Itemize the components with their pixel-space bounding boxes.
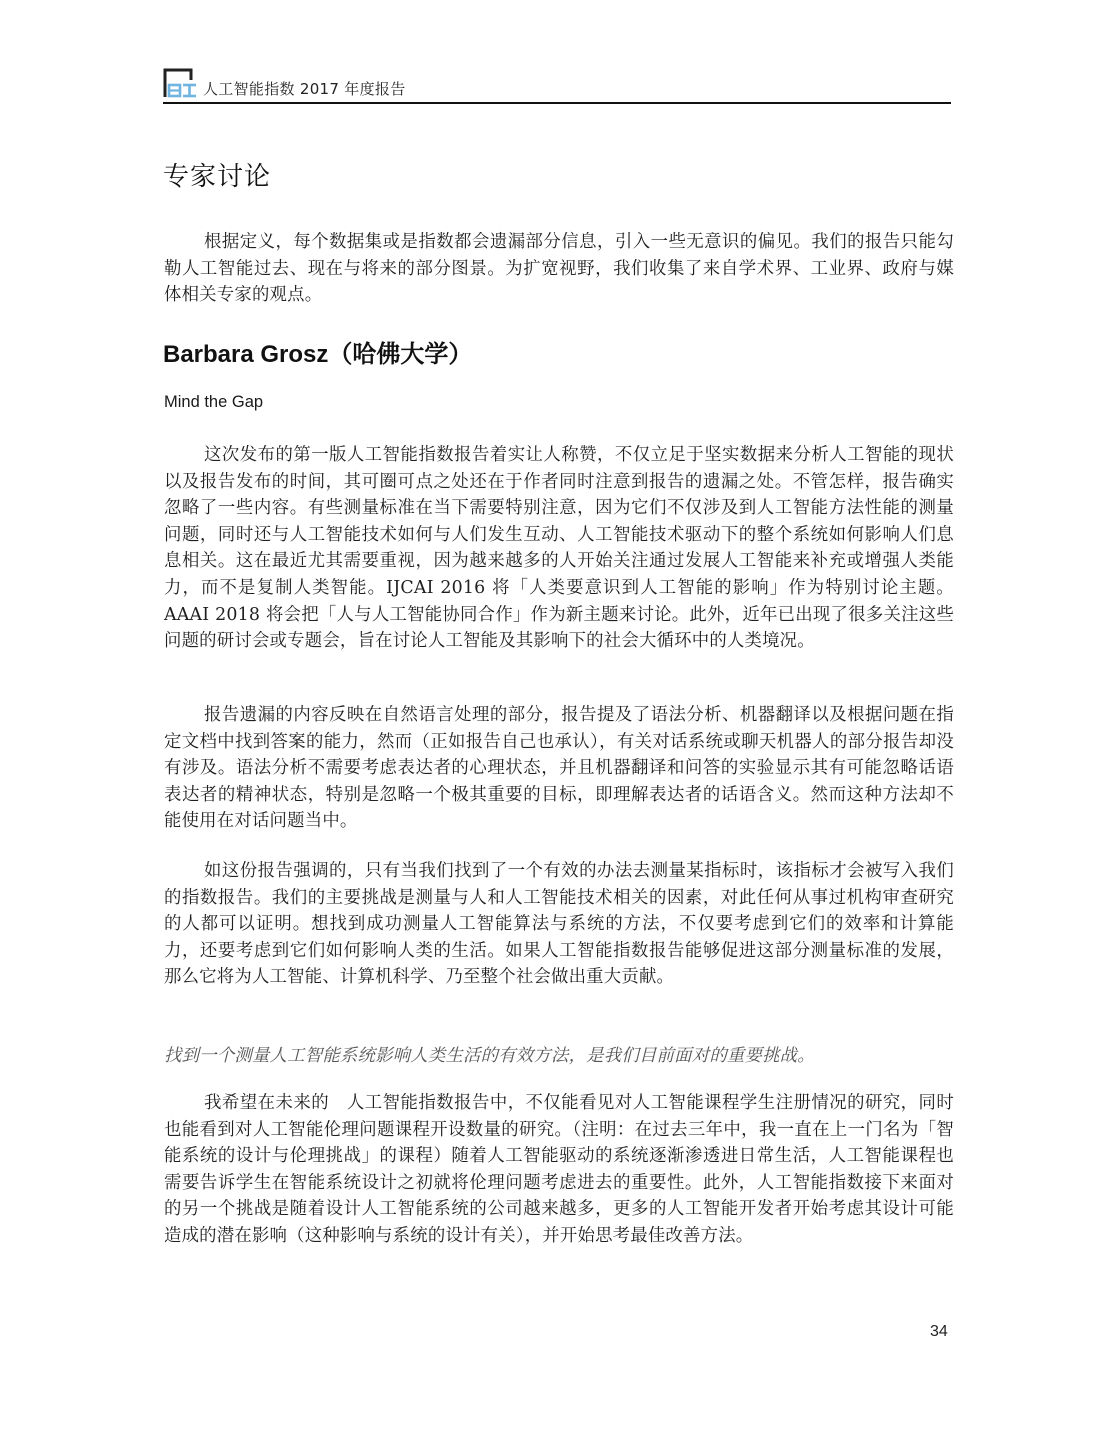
body-paragraph: 我希望在未来的 人工智能指数报告中，不仅能看见对人工智能课程学生注册情况的研究，… [164, 1090, 954, 1250]
intro-paragraph: 根据定义，每个数据集或是指数都会遗漏部分信息，引入一些无意识的偏见。我们的报告只… [164, 229, 954, 309]
body-paragraph: 如这份报告强调的，只有当我们找到了一个有效的办法去测量某指标时，该指标才会被写入… [164, 858, 954, 991]
page-header: 人工智能指数 2017 年度报告 [163, 66, 951, 104]
expert-name-heading: Barbara Grosz（哈佛大学） [163, 334, 472, 369]
section-title: 专家讨论 [163, 156, 271, 193]
ai-index-logo-icon [163, 68, 199, 98]
body-paragraph: 报告遗漏的内容反映在自然语言处理的部分，报告提及了语法分析、机器翻译以及根据问题… [164, 702, 954, 835]
pull-quote: 找到一个测量人工智能系统影响人类生活的有效方法，是我们目前面对的重要挑战。 [164, 1041, 954, 1066]
report-title: 人工智能指数 2017 年度报告 [203, 78, 406, 99]
page-number: 34 [930, 1323, 948, 1341]
essay-subtitle: Mind the Gap [164, 393, 263, 412]
body-paragraph: 这次发布的第一版人工智能指数报告着实让人称赞，不仅立足于坚实数据来分析人工智能的… [164, 442, 954, 655]
